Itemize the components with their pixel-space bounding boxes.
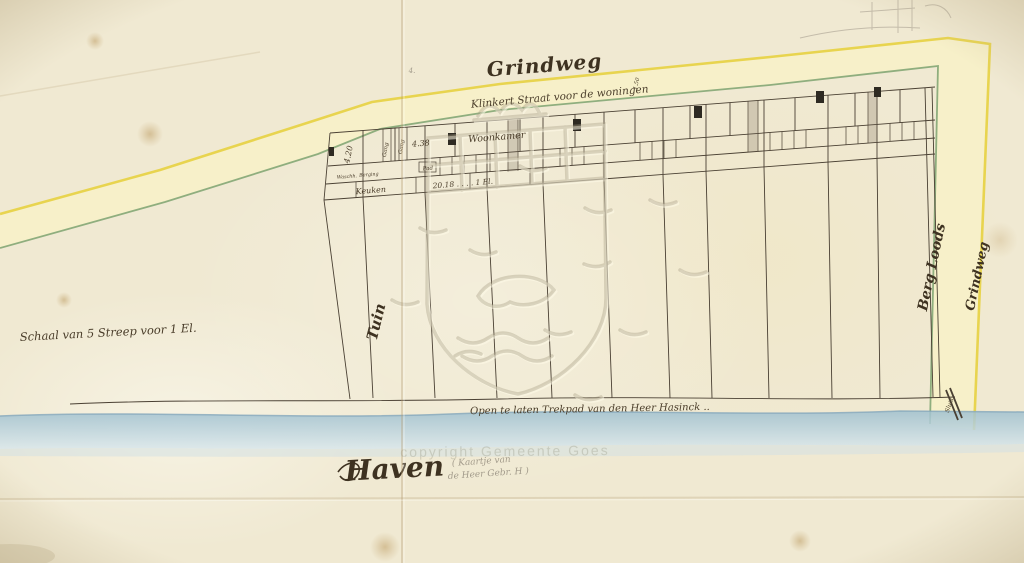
scanned-plan-document: Grindweg Klinkert Straat voor de woninge… (0, 0, 1024, 563)
edge-vignette (0, 0, 1024, 563)
plan-canvas: Grindweg Klinkert Straat voor de woninge… (0, 0, 1024, 563)
